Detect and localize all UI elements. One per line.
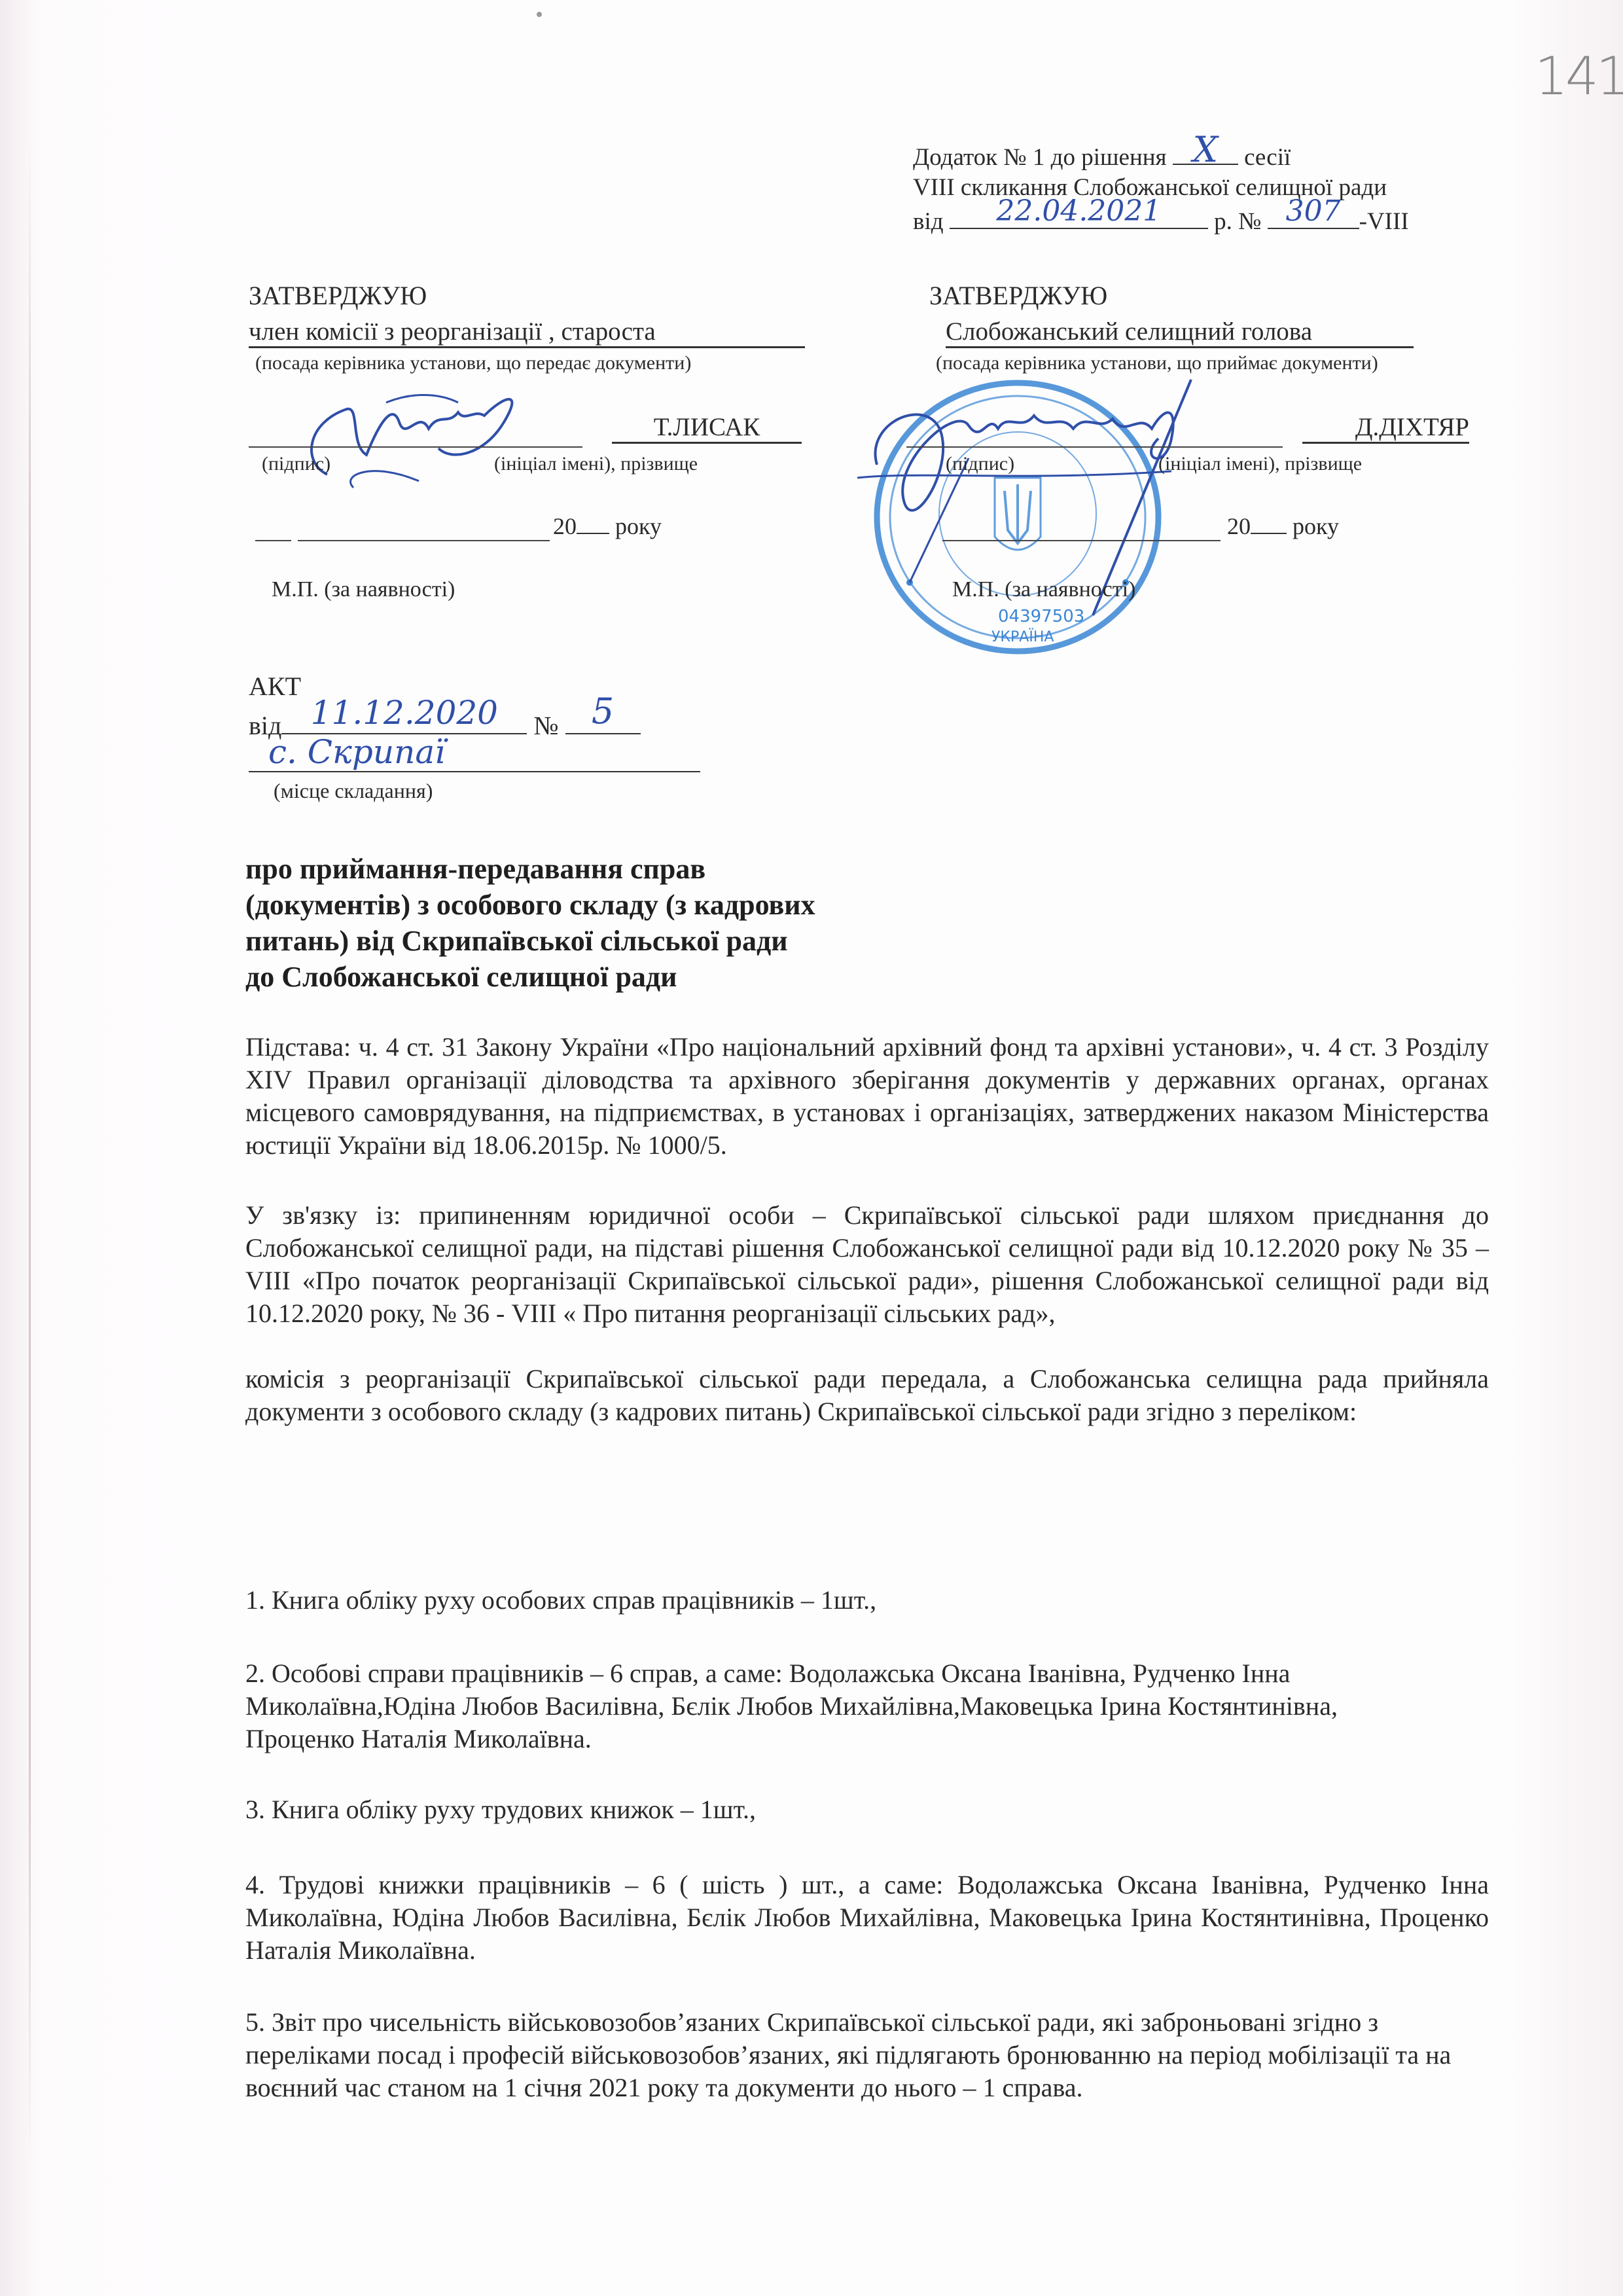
left-year-prefix: 20 [553, 513, 577, 539]
list-item-3: 3. Книга обліку руху трудових книжок – 1… [245, 1793, 1489, 1826]
punch-mark [537, 12, 542, 17]
title-line: питань) від Скрипаївської сільської ради [245, 923, 815, 959]
right-year-prefix: 20 [1227, 513, 1251, 539]
act-title: про приймання-передавання справ (докумен… [245, 851, 815, 995]
page-fold-shadow [29, 144, 31, 2160]
approve-left-date: 20 року [553, 511, 662, 540]
session-value: X [1173, 135, 1238, 165]
list-item-2: 2. Особові справи працівників – 6 справ,… [245, 1657, 1443, 1755]
transfer-paragraph: комісія з реорганізації Скрипаївської сі… [245, 1363, 1489, 1428]
right-year-blank [1251, 511, 1287, 534]
session-blank: X [1173, 139, 1238, 165]
annex-date-blank: 22.04.2021 [950, 203, 1208, 229]
approve-right-name: Д.ДІХТЯР [1302, 412, 1469, 444]
signature-left [288, 383, 537, 494]
annex-date-value: 22.04.2021 [950, 196, 1208, 226]
approve-right-name-caption: (ініціал імені), прізвище [1158, 453, 1362, 475]
list-item-1: 1. Книга обліку руху особових справ прац… [245, 1584, 1489, 1617]
act-date-blank: 11.12.2020 [281, 702, 527, 734]
act-number-blank: 5 [565, 702, 641, 734]
approve-right-date: 20 року [1227, 511, 1339, 540]
act-place-blank: с. Скрипаї [249, 738, 700, 772]
page-number: 141 [1535, 46, 1623, 107]
annex-from: від [913, 208, 944, 235]
approve-right-position: Слобожанський селищний голова [946, 317, 1414, 348]
annex-line-1: Додаток № 1 до рішення X сесії [913, 139, 1409, 173]
approve-left-name-caption: (ініціал імені), прізвище [494, 453, 698, 475]
approve-right-signature-caption: (підпис) [946, 453, 1014, 475]
scanned-page: 141 Додаток № 1 до рішення X сесії VIII … [0, 0, 1623, 2296]
act-number-prefix: № [533, 711, 558, 740]
annex-number-value: 307 [1268, 196, 1359, 226]
annex-header: Додаток № 1 до рішення X сесії VIII скли… [913, 139, 1409, 237]
left-month-line [298, 540, 550, 541]
right-date-line [942, 540, 1221, 541]
annex-suffix: сесії [1244, 144, 1291, 171]
annex-convocation: -VIII [1359, 208, 1409, 235]
signature-left-line [249, 446, 582, 448]
approve-left-name: Т.ЛИСАК [612, 412, 802, 444]
approve-right-seal: М.П. (за наявності) [952, 577, 1135, 602]
approve-left-position: член комісії з реорганізації , староста [249, 317, 805, 348]
list-item-5: 5. Звіт про чисельність військовозобов’я… [245, 2006, 1456, 2104]
connection-paragraph: У зв'язку із: припиненням юридичної особ… [245, 1199, 1489, 1330]
annex-line-3: від 22.04.2021 р. № 307 -VIII [913, 203, 1409, 237]
act-number-value: 5 [565, 691, 641, 732]
right-year-suffix: року [1293, 513, 1339, 539]
title-line: про приймання-передавання справ [245, 851, 815, 887]
list-item-4: 4. Трудові книжки працівників – 6 ( шіст… [245, 1869, 1489, 1967]
annex-number-label: р. № [1214, 208, 1261, 235]
act-date-value: 11.12.2020 [281, 694, 527, 732]
approve-left-seal: М.П. (за наявності) [272, 577, 455, 602]
annex-number-blank: 307 [1268, 203, 1359, 229]
approve-left-position-caption: (посада керівника установи, що передає д… [255, 352, 691, 374]
act-place-value: с. Скрипаї [268, 733, 445, 771]
approve-left-signature-caption: (підпис) [262, 453, 330, 475]
left-day-line [255, 540, 291, 541]
approve-right-heading: ЗАТВЕРДЖУЮ [929, 280, 1107, 311]
approve-left-heading: ЗАТВЕРДЖУЮ [249, 280, 427, 311]
title-line: до Слобожанської селищної ради [245, 959, 815, 995]
left-year-blank [577, 511, 609, 534]
annex-prefix: Додаток № 1 до рішення [913, 144, 1167, 171]
act-place-caption: (місце складання) [274, 779, 433, 803]
signature-right-line [906, 446, 1283, 448]
title-line: (документів) з особового складу (з кадро… [245, 887, 815, 923]
left-year-suffix: року [615, 513, 662, 539]
basis-paragraph: Підстава: ч. 4 ст. 31 Закону України «Пр… [245, 1031, 1489, 1162]
